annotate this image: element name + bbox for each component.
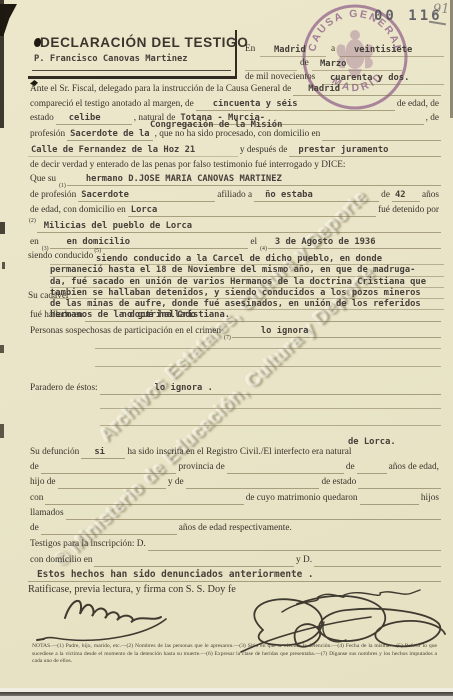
form-line: en(3) en domicilio el(4) 3 de Agosto de … bbox=[28, 237, 441, 249]
title-box-rule bbox=[32, 70, 231, 71]
form-line: Ante el Sr. Fiscal, delegado para la ins… bbox=[28, 84, 441, 96]
scanned-declaration-page: Archivos Estatales, Cultura y Deporte © … bbox=[0, 0, 453, 700]
printed-text: de bbox=[344, 462, 357, 474]
blank-field: si bbox=[81, 447, 125, 459]
blank-line bbox=[100, 407, 441, 409]
form-line: profesión Sacerdote de la , que no ha si… bbox=[28, 129, 441, 141]
printed-text: años de edad respectivamente. bbox=[177, 523, 294, 535]
blank-field: prestar juramento bbox=[289, 145, 441, 157]
blank-field bbox=[186, 477, 320, 489]
form-line: con de cuyo matrimonio quedaron hijos bbox=[28, 493, 441, 505]
form-line: de provincia de de años de edad, bbox=[28, 462, 441, 474]
form-line: Testigos para la inscripción: D. bbox=[28, 539, 441, 551]
printed-text: de decir verdad y enterado de las penas … bbox=[28, 160, 347, 172]
blank-field: Estos hechos han sido denunciados anteri… bbox=[28, 569, 441, 582]
scan-edge-strip bbox=[0, 0, 4, 128]
printed-text: fué detenido por bbox=[376, 205, 441, 217]
form-line: llamados bbox=[28, 508, 441, 520]
blank-field: celibe bbox=[56, 113, 132, 125]
printed-text: con bbox=[28, 493, 45, 505]
form-line: de profesión Sacerdote afiliado a ño est… bbox=[28, 190, 441, 202]
blank-field bbox=[357, 462, 387, 474]
blank-field bbox=[227, 462, 344, 474]
blank-field: hermano D.JOSE MARIA CANOVAS MARTINEZ bbox=[67, 174, 441, 186]
printed-text: hijo de bbox=[28, 477, 58, 489]
blank-field bbox=[358, 477, 441, 489]
blank-field: cincuenta y séis bbox=[196, 99, 395, 111]
printed-text: de estado bbox=[319, 477, 358, 489]
blank-field: ño estaba bbox=[254, 190, 379, 202]
printed-text: de bbox=[28, 462, 41, 474]
blank-field: Sacerdote de la bbox=[67, 129, 152, 141]
dateline-de: de bbox=[300, 58, 309, 70]
printed-text: años de edad, bbox=[387, 462, 441, 474]
blank-field bbox=[314, 555, 441, 567]
dateline-de-mil: de mil novecientos bbox=[245, 72, 315, 84]
form-line: de años de edad respectivamente. bbox=[28, 523, 441, 535]
form-line: (2) Milicias del pueblo de Lorca bbox=[28, 221, 441, 233]
narrative-line: tambien se hallaban detenidos, y siendo … bbox=[50, 288, 444, 299]
scan-edge-mark bbox=[0, 424, 4, 438]
printed-text: de cuyo matrimonio quedaron bbox=[244, 493, 360, 505]
printed-text: ha sido inscrita en el Registro Civil./E… bbox=[125, 447, 353, 459]
typed-value: en domicilio bbox=[67, 237, 131, 248]
dateline-day: veintisiete bbox=[354, 45, 412, 56]
printed-text: de bbox=[28, 523, 41, 535]
printed-text: Su defunción bbox=[28, 447, 81, 459]
printed-text: años bbox=[420, 190, 441, 202]
printed-text: compareció el testigo anotado al margen,… bbox=[28, 99, 196, 111]
printed-text: , que no ha sido procesado, con domicili… bbox=[153, 129, 323, 141]
dateline-month: Marzo bbox=[320, 59, 346, 70]
form-line: de decir verdad y enterado de las penas … bbox=[28, 160, 441, 172]
printed-text: de edad, con domicilio en bbox=[28, 205, 128, 217]
printed-text: provincia de bbox=[176, 462, 226, 474]
blank-field bbox=[41, 523, 177, 535]
narrative-line: da, fué sacado en unión de varios Herman… bbox=[50, 277, 444, 288]
printed-text: de profesión bbox=[28, 190, 78, 202]
typed-value: si bbox=[94, 447, 105, 458]
typed-value: Madrid bbox=[308, 84, 340, 95]
blank-line bbox=[95, 347, 441, 349]
blank-field: Lorca bbox=[128, 205, 376, 217]
scan-strip bbox=[0, 696, 453, 700]
typed-value: hermano D.JOSE MARIA CANOVAS MARTINEZ bbox=[86, 174, 282, 185]
form-line: fué hallado en no gué hallado bbox=[28, 310, 441, 322]
printed-text: Que su bbox=[28, 174, 58, 186]
blank-field: 42 bbox=[392, 190, 420, 202]
title-box: DECLARACIÓN DEL TESTIGO P. Francisco Can… bbox=[28, 30, 237, 79]
blank-field bbox=[66, 508, 441, 520]
typed-value: 42 bbox=[395, 190, 406, 201]
printed-text: Testigos para la inscripción: D. bbox=[28, 539, 148, 551]
typed-value: prestar juramento bbox=[298, 145, 388, 156]
typed-value: lo ignora bbox=[261, 326, 309, 337]
form-line: Paradero de éstos: lo ignora . bbox=[28, 383, 441, 395]
printed-text: y D. bbox=[294, 555, 314, 567]
narrative-line: siendo conducido a la Carcel de dicho pu… bbox=[50, 254, 444, 265]
printed-text: Paradero de éstos: bbox=[28, 383, 100, 395]
form-line: Su defunción si ha sido inscrita en el R… bbox=[28, 447, 441, 459]
blank-field: Madrid bbox=[293, 84, 441, 96]
typed-value: Sacerdote bbox=[81, 190, 129, 201]
form-line: Calle de Fernandez de la Hoz 21 y despué… bbox=[28, 145, 441, 157]
typed-value: ño estaba bbox=[265, 190, 313, 201]
printed-text: fué hallado en bbox=[28, 310, 85, 322]
printed-text: en bbox=[28, 237, 41, 249]
blank-field bbox=[45, 493, 243, 505]
blank-field bbox=[41, 462, 177, 474]
blank-line bbox=[245, 69, 297, 71]
printed-text: con domicilio en bbox=[28, 555, 94, 567]
blank-field: Sacerdote bbox=[78, 190, 215, 202]
form-line: Que su(1) hermano D.JOSE MARIA CANOVAS M… bbox=[28, 174, 441, 186]
witness-name: P. Francisco Canovas Martinez bbox=[34, 54, 188, 64]
blank-line bbox=[100, 424, 441, 426]
blank-field: Milicias del pueblo de Lorca bbox=[37, 221, 441, 233]
blank-field bbox=[322, 129, 441, 141]
scan-edge-mark bbox=[0, 222, 5, 234]
scan-edge-mark bbox=[0, 345, 4, 353]
printed-text: , de bbox=[424, 113, 441, 125]
blank-field bbox=[360, 493, 419, 505]
printed-text: de bbox=[379, 190, 392, 202]
printed-text: profesión bbox=[28, 129, 67, 141]
form-line: hijo de y de de estado bbox=[28, 477, 441, 489]
dateline-year: cuarenta y dos. bbox=[330, 73, 409, 84]
blank-field: lo ignora . bbox=[100, 383, 441, 395]
printed-text: y de bbox=[166, 477, 186, 489]
blank-field: en domicilio bbox=[50, 237, 249, 249]
typed-value: Sacerdote de la bbox=[70, 129, 149, 140]
form-line: con domicilio en y D. bbox=[28, 555, 441, 567]
form-title: DECLARACIÓN DEL TESTIGO bbox=[40, 35, 248, 50]
printed-text: estado bbox=[28, 113, 56, 125]
dateline-en: En bbox=[245, 44, 255, 56]
printed-text: llamados bbox=[28, 508, 66, 520]
typed-value: Lorca bbox=[131, 205, 157, 216]
printed-text: el bbox=[248, 237, 259, 249]
blank-field: no gué hallado bbox=[85, 310, 441, 322]
printed-su-cadaver: Su cadáver bbox=[28, 291, 69, 303]
printed-text: Ante el Sr. Fiscal, delegado para la ins… bbox=[28, 84, 293, 96]
form-line: compareció el testigo anotado al margen,… bbox=[28, 99, 441, 111]
typed-value: celibe bbox=[69, 113, 101, 124]
typed-value: 3 de Agosto de 1936 bbox=[275, 237, 376, 248]
scan-edge-mark bbox=[2, 262, 5, 269]
form-line: de edad, con domicilio en Lorca fué dete… bbox=[28, 205, 441, 217]
printed-text: Personas sospechosas de participación en… bbox=[28, 326, 223, 338]
typed-value: cincuenta y séis bbox=[213, 99, 298, 110]
blank-field bbox=[148, 539, 441, 551]
typed-value: no gué hallado bbox=[122, 310, 196, 321]
narrative-line: permaneció hasta el 18 de Noviembre del … bbox=[50, 265, 444, 276]
form-line: Personas sospechosas de participación en… bbox=[28, 326, 441, 338]
blank-field: 3 de Agosto de 1936 bbox=[268, 237, 441, 249]
printed-text: afiliado a bbox=[215, 190, 254, 202]
dateline-a: a bbox=[331, 44, 335, 56]
typed-value: lo ignora . bbox=[155, 383, 213, 394]
typed-value: Calle de Fernandez de la Hoz 21 bbox=[31, 145, 195, 156]
signature-left bbox=[37, 601, 166, 640]
typed-value: Milicias del pueblo de Lorca bbox=[44, 221, 192, 232]
blank-field bbox=[94, 555, 294, 567]
form-line: Estos hechos han sido denunciados anteri… bbox=[28, 569, 441, 582]
printed-text: hijos bbox=[419, 493, 441, 505]
printed-text: de edad, de bbox=[395, 99, 441, 111]
handwritten-folio-number: 91 bbox=[433, 2, 450, 17]
blank-field bbox=[58, 477, 166, 489]
blank-field: lo ignora bbox=[232, 326, 441, 338]
blank-line bbox=[95, 365, 441, 367]
typed-value: Estos hechos han sido denunciados anteri… bbox=[37, 569, 314, 581]
form-footnotes: NOTAS.—(1) Padre, hijo, marido, etc.—(2)… bbox=[32, 643, 437, 666]
blank-field: Calle de Fernandez de la Hoz 21 bbox=[28, 145, 238, 157]
dateline-place: Madrid bbox=[274, 45, 306, 56]
narrative-line: de las minas de aufre, donde fué asesina… bbox=[50, 299, 444, 310]
printed-text: y después de bbox=[238, 145, 290, 157]
